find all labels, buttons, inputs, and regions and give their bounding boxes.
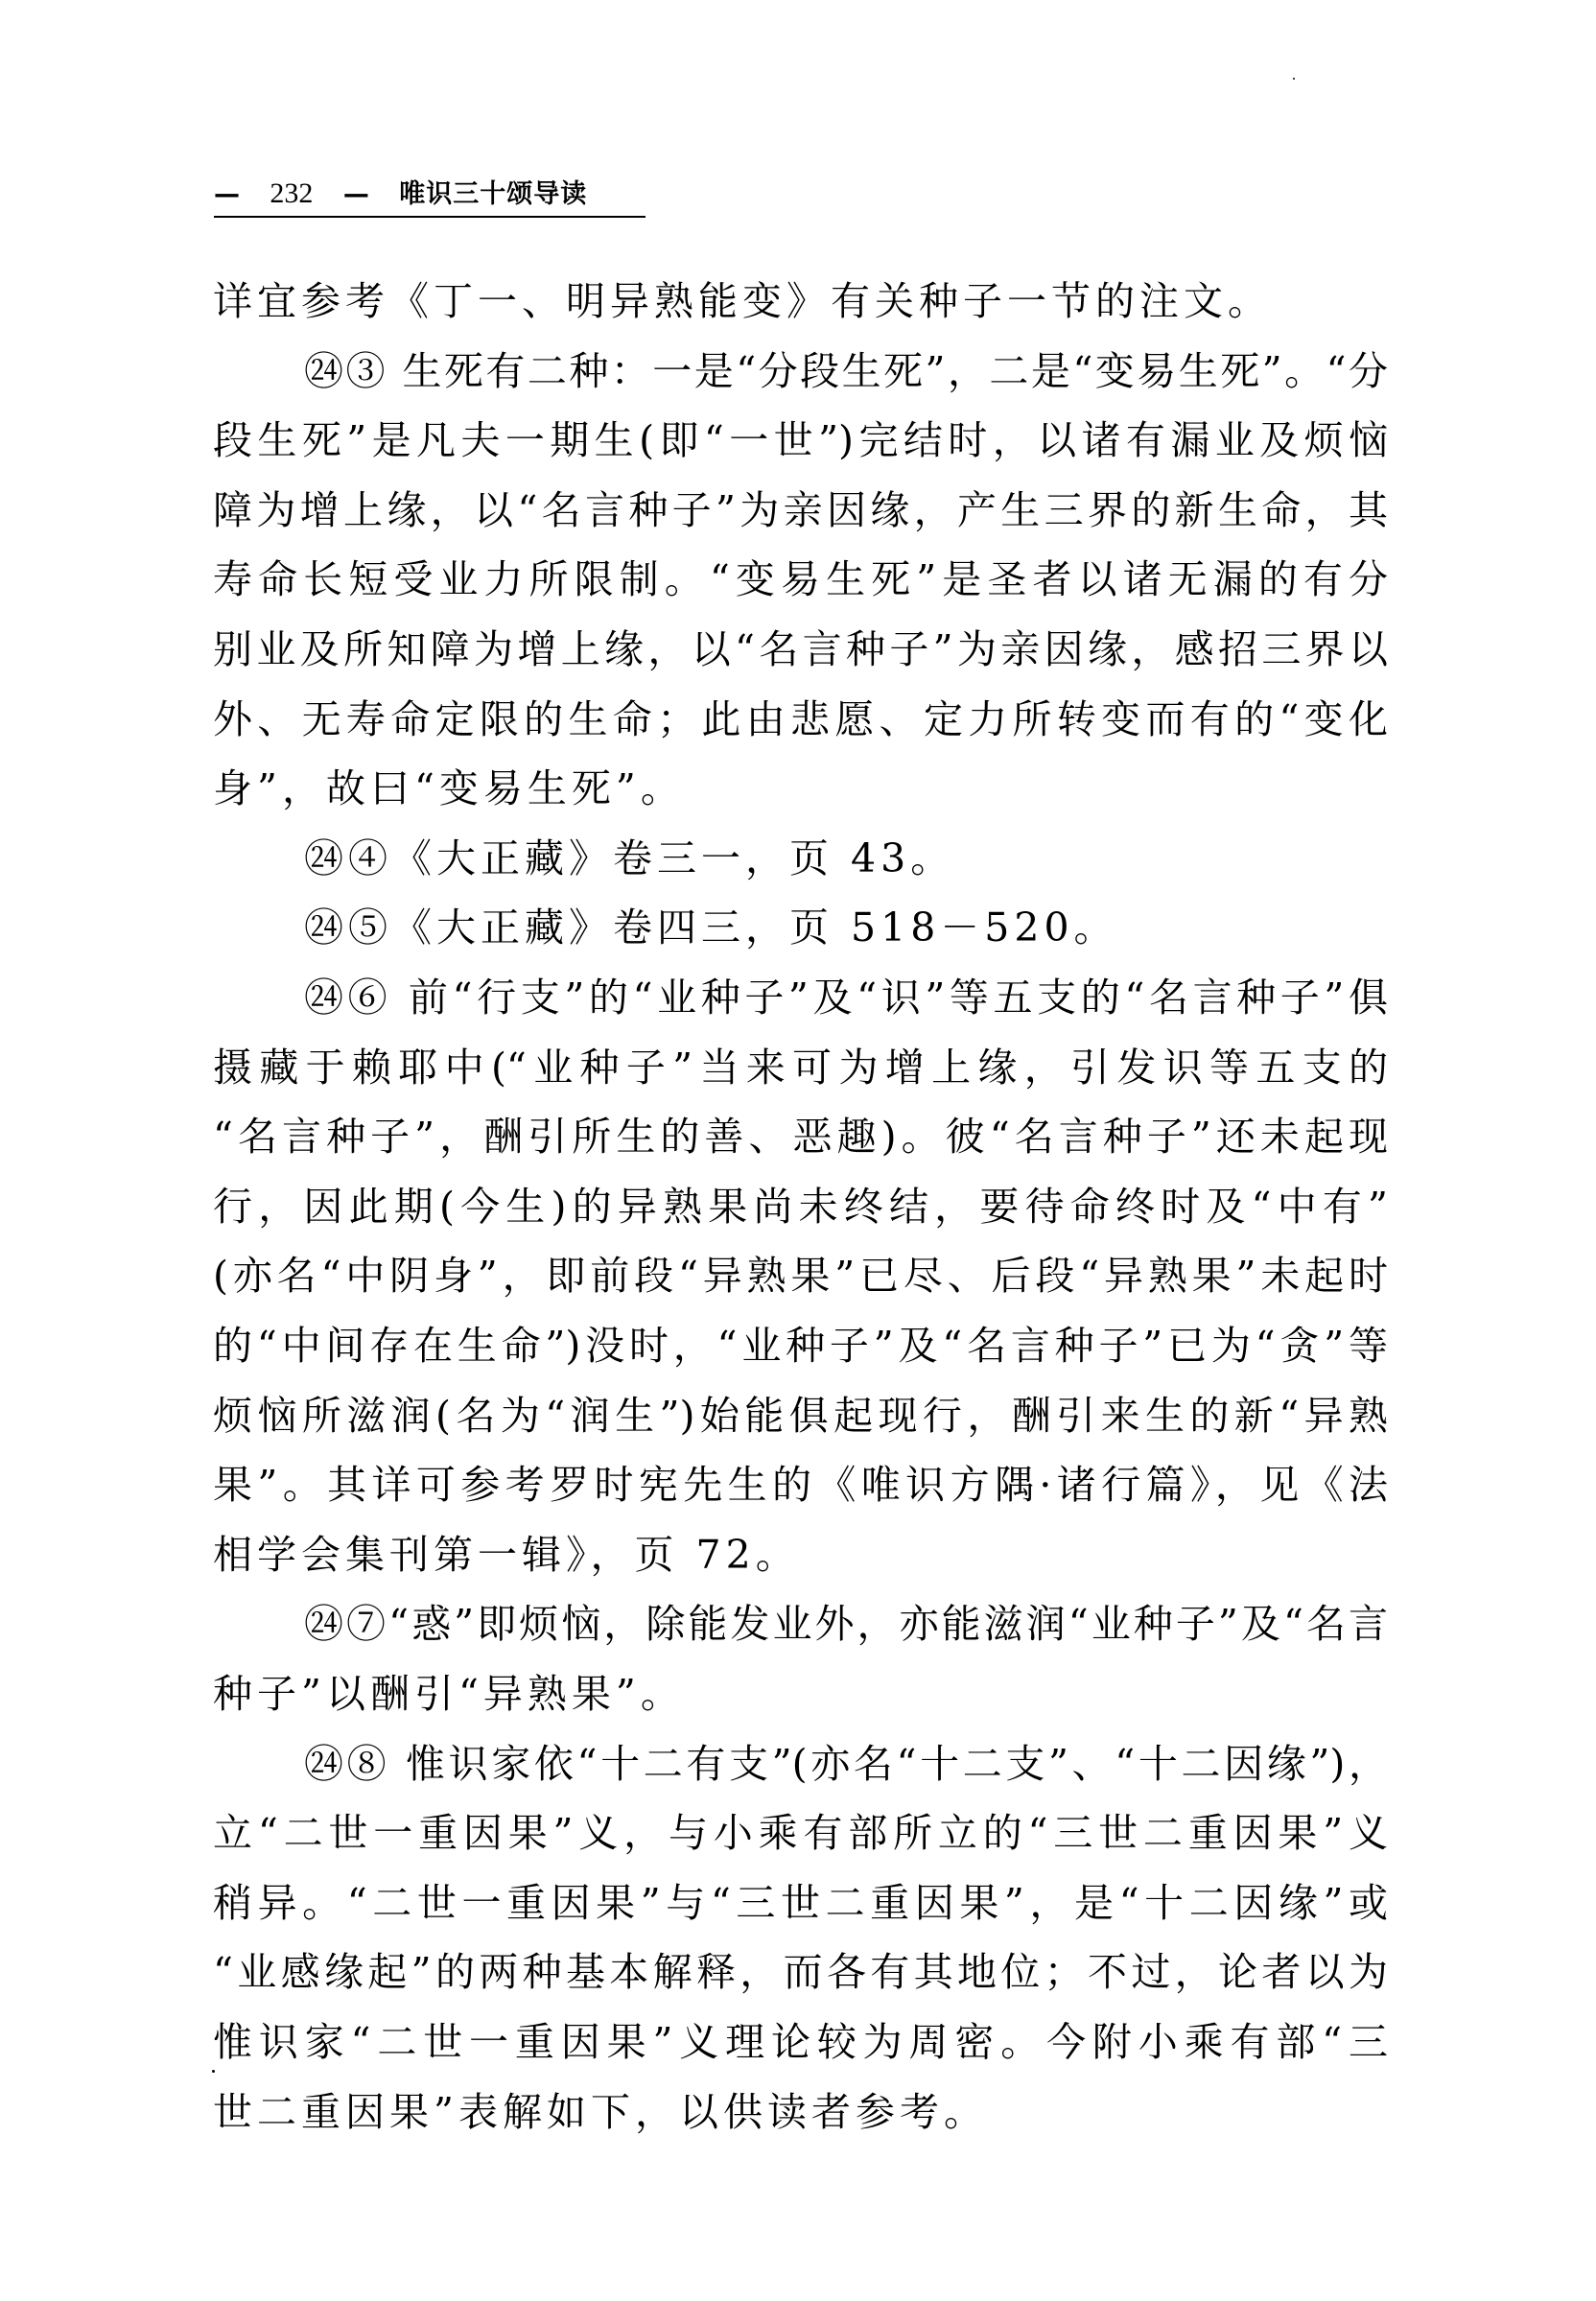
header-dash-right: —	[343, 179, 369, 209]
text-line: 段生死”是凡夫一期生(即“一世”)完结时，以诸有漏业及烦恼	[213, 416, 1388, 464]
text-line: 行，因此期(今生)的异熟果尚未终结，要待命终时及“中有”	[213, 1183, 1388, 1231]
text-line: 摄藏于赖耶中(“业种子”当来可为增上缘，引发识等五支的	[213, 1044, 1388, 1092]
scan-speck	[1293, 78, 1295, 80]
text-line: “业感缘起”的两种基本解释，而各有其地位；不过，论者以为	[213, 1948, 1388, 1996]
text-line: ㉔⑤《大正藏》卷四三，页 518－520。	[304, 904, 1388, 951]
text-line: 烦恼所滋润(名为“润生”)始能俱起现行，酬引来生的新“异熟	[213, 1392, 1388, 1440]
page-number: 232	[270, 177, 313, 209]
text-line: 的“中间存在生命”)没时，“业种子”及“名言种子”已为“贪”等	[213, 1322, 1388, 1370]
text-line: 世二重因果”表解如下，以供读者参考。	[213, 2088, 1388, 2136]
text-line: 寿命长短受业力所限制。“变易生死”是圣者以诸无漏的有分	[213, 555, 1388, 603]
text-line: ㉔③ 生死有二种：一是“分段生死”，二是“变易生死”。“分	[304, 347, 1388, 395]
text-line: (亦名“中阴身”，即前段“异熟果”已尽、后段“异熟果”未起时	[213, 1252, 1388, 1300]
text-line: 种子”以酬引“异熟果”。	[213, 1670, 1388, 1718]
text-line: 身”，故曰“变易生死”。	[213, 764, 1388, 812]
text-line: 立“二世一重因果”义，与小乘有部所立的“三世二重因果”义	[213, 1809, 1388, 1857]
text-line: ㉔④《大正藏》卷三一，页 43。	[304, 834, 1388, 882]
text-line: 别业及所知障为增上缘，以“名言种子”为亲因缘，感招三界以	[213, 625, 1388, 673]
text-line: “名言种子”，酬引所生的善、恶趣)。彼“名言种子”还未起现	[213, 1113, 1388, 1161]
text-line: 详宜参考《丁一、明异熟能变》有关种子一节的注文。	[213, 277, 1388, 325]
header-rule	[214, 216, 645, 218]
text-line: 相学会集刊第一辑》，页 72。	[213, 1531, 1388, 1579]
book-title: 唯识三十颂导读	[399, 179, 587, 209]
text-line: 障为增上缘，以“名言种子”为亲因缘，产生三界的新生命，其	[213, 486, 1388, 534]
text-line: 稍异。“二世一重因果”与“三世二重因果”，是“十二因缘”或	[213, 1879, 1388, 1927]
running-header: — 232 — 唯识三十颂导读	[214, 176, 645, 217]
text-line: 惟识家“二世一重因果”义理论较为周密。今附小乘有部“三	[213, 2018, 1388, 2066]
text-line: ㉔⑥ 前“行支”的“业种子”及“识”等五支的“名言种子”俱	[304, 974, 1388, 1021]
scan-speck	[212, 2070, 215, 2073]
text-line: 果”。其详可参考罗时宪先生的《唯识方隅·诸行篇》，见《法	[213, 1461, 1388, 1509]
text-line: ㉔⑦“惑”即烦恼，除能发业外，亦能滋润“业种子”及“名言	[304, 1600, 1388, 1648]
header-dash-left: —	[214, 179, 240, 209]
text-line: ㉔⑧ 惟识家依“十二有支”(亦名“十二支”、“十二因缘”)，	[304, 1740, 1388, 1788]
text-line: 外、无寿命定限的生命；此由悲愿、定力所转变而有的“变化	[213, 695, 1388, 743]
